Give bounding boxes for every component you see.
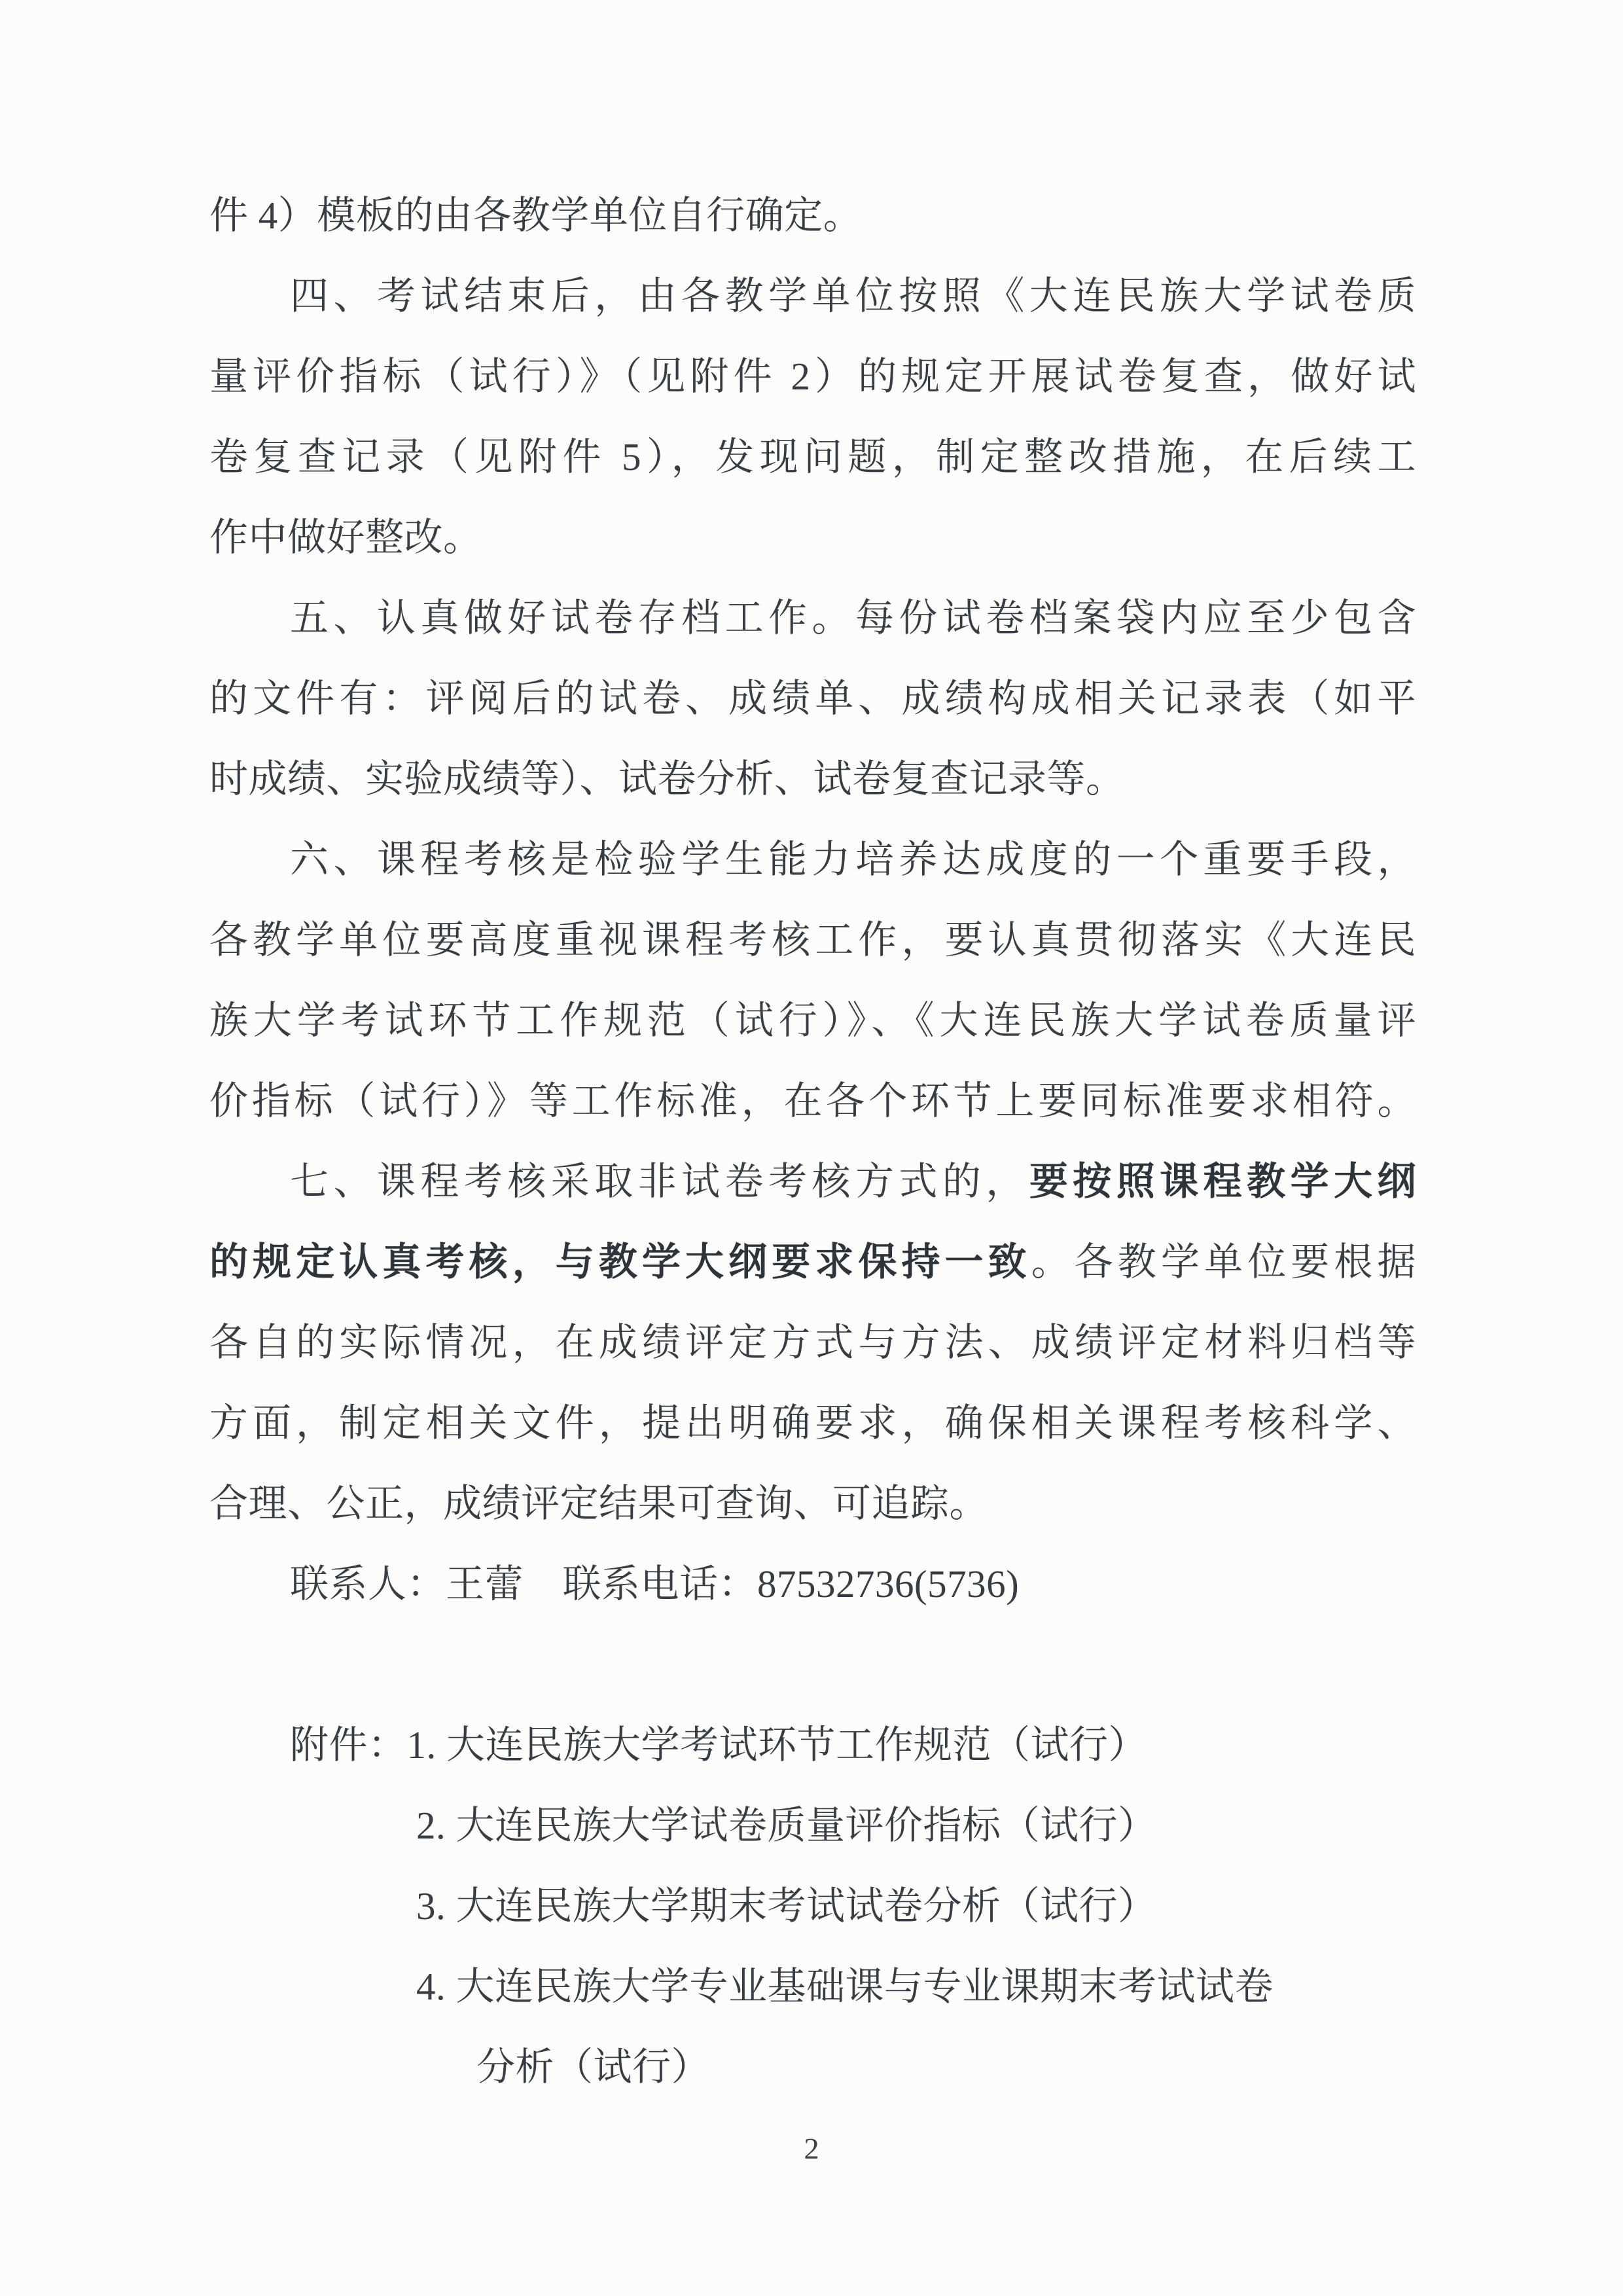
- body-line-12: 价指标（试行）》等工作标准，在各个环节上要同标准要求相符。: [209, 1061, 1416, 1141]
- contact-line: 联系人：王蕾 联系电话：87532736(5736): [209, 1544, 1416, 1624]
- body-line-09: 六、课程考核是检验学生能力培养达成度的一个重要手段，: [209, 819, 1416, 900]
- attachment-item-3: 3. 大连民族大学期末考试试卷分析（试行）: [209, 1866, 1416, 1946]
- body-line-17: 合理、公正，成绩评定结果可查询、可追踪。: [209, 1463, 1416, 1544]
- body-line-14-regular: 。各教学单位要根据: [1031, 1240, 1416, 1283]
- body-line-10: 各教学单位要高度重视课程考核工作，要认真贯彻落实《大连民: [209, 900, 1416, 980]
- body-line-16: 方面，制定相关文件，提出明确要求，确保相关课程考核科学、: [209, 1383, 1416, 1463]
- attachment-item-4: 4. 大连民族大学专业基础课与专业课期末考试试卷: [209, 1946, 1416, 2027]
- body-line-13-bold: 要按照课程教学大纲: [1029, 1160, 1416, 1203]
- body-line-01: 件 4）模板的由各教学单位自行确定。: [209, 175, 1416, 256]
- blank-line: [209, 1624, 1416, 1705]
- document-body: 件 4）模板的由各教学单位自行确定。 四、考试结束后，由各教学单位按照《大连民族…: [209, 175, 1416, 2108]
- body-line-15: 各自的实际情况，在成绩评定方式与方法、成绩评定材料归档等: [209, 1302, 1416, 1383]
- attachment-item-4-wrap: 分析（试行）: [209, 2027, 1416, 2108]
- body-line-02: 四、考试结束后，由各教学单位按照《大连民族大学试卷质: [209, 256, 1416, 336]
- body-line-07: 的文件有：评阅后的试卷、成绩单、成绩构成相关记录表（如平: [209, 658, 1416, 739]
- body-line-08: 时成绩、实验成绩等）、试卷分析、试卷复查记录等。: [209, 739, 1416, 819]
- body-line-05: 作中做好整改。: [209, 497, 1416, 578]
- body-line-13: 七、课程考核采取非试卷考核方式的，要按照课程教学大纲: [209, 1141, 1416, 1222]
- body-line-11: 族大学考试环节工作规范（试行）》、《大连民族大学试卷质量评: [209, 980, 1416, 1061]
- document-page: 件 4）模板的由各教学单位自行确定。 四、考试结束后，由各教学单位按照《大连民族…: [0, 0, 1623, 2296]
- body-line-04: 卷复查记录（见附件 5），发现问题，制定整改措施，在后续工: [209, 417, 1416, 497]
- body-line-06: 五、认真做好试卷存档工作。每份试卷档案袋内应至少包含: [209, 578, 1416, 658]
- attachment-item-1: 附件：1. 大连民族大学考试环节工作规范（试行）: [209, 1705, 1416, 1785]
- attachment-item-2: 2. 大连民族大学试卷质量评价指标（试行）: [209, 1785, 1416, 1866]
- body-line-14-bold: 的规定认真考核，与教学大纲要求保持一致: [209, 1240, 1031, 1283]
- page-number: 2: [0, 2131, 1623, 2166]
- body-line-14: 的规定认真考核，与教学大纲要求保持一致。各教学单位要根据: [209, 1222, 1416, 1302]
- body-line-13-regular: 七、课程考核采取非试卷考核方式的，: [290, 1160, 1029, 1203]
- body-line-03: 量评价指标（试行）》（见附件 2）的规定开展试卷复查，做好试: [209, 336, 1416, 417]
